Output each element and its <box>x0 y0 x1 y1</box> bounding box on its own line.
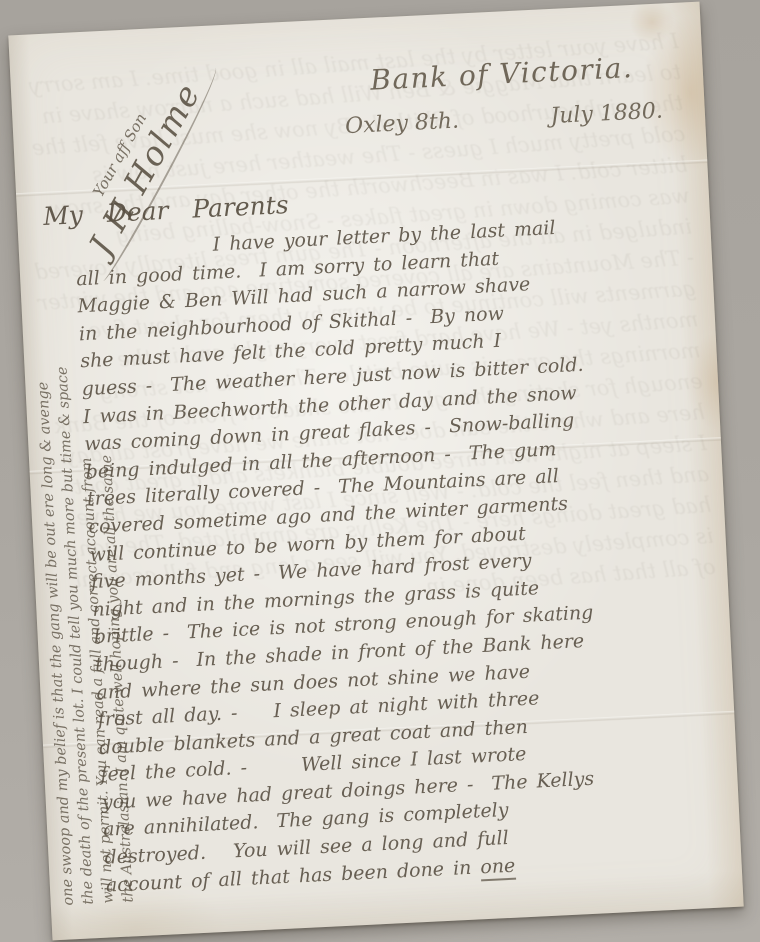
margin-line: one swoop and my belief is that the gang… <box>18 60 79 906</box>
photo-background: I have your letter by the last mail all … <box>0 0 760 942</box>
letterhead-bank-name: Bank of Victoria. <box>336 49 667 98</box>
salutation: My Dear Parents <box>42 190 289 231</box>
letterhead: Bank of Victoria. Oxley 8th. July 1880. <box>336 49 669 139</box>
letter-body: I have your letter by the last mail all … <box>74 209 718 900</box>
dateline: Oxley 8th. July 1880. <box>339 98 670 139</box>
dateline-date: July 1880. <box>550 99 664 129</box>
letter-page: I have your letter by the last mail all … <box>8 2 743 941</box>
dateline-place: Oxley 8th. <box>345 109 460 140</box>
underlined-word: one <box>480 854 516 881</box>
